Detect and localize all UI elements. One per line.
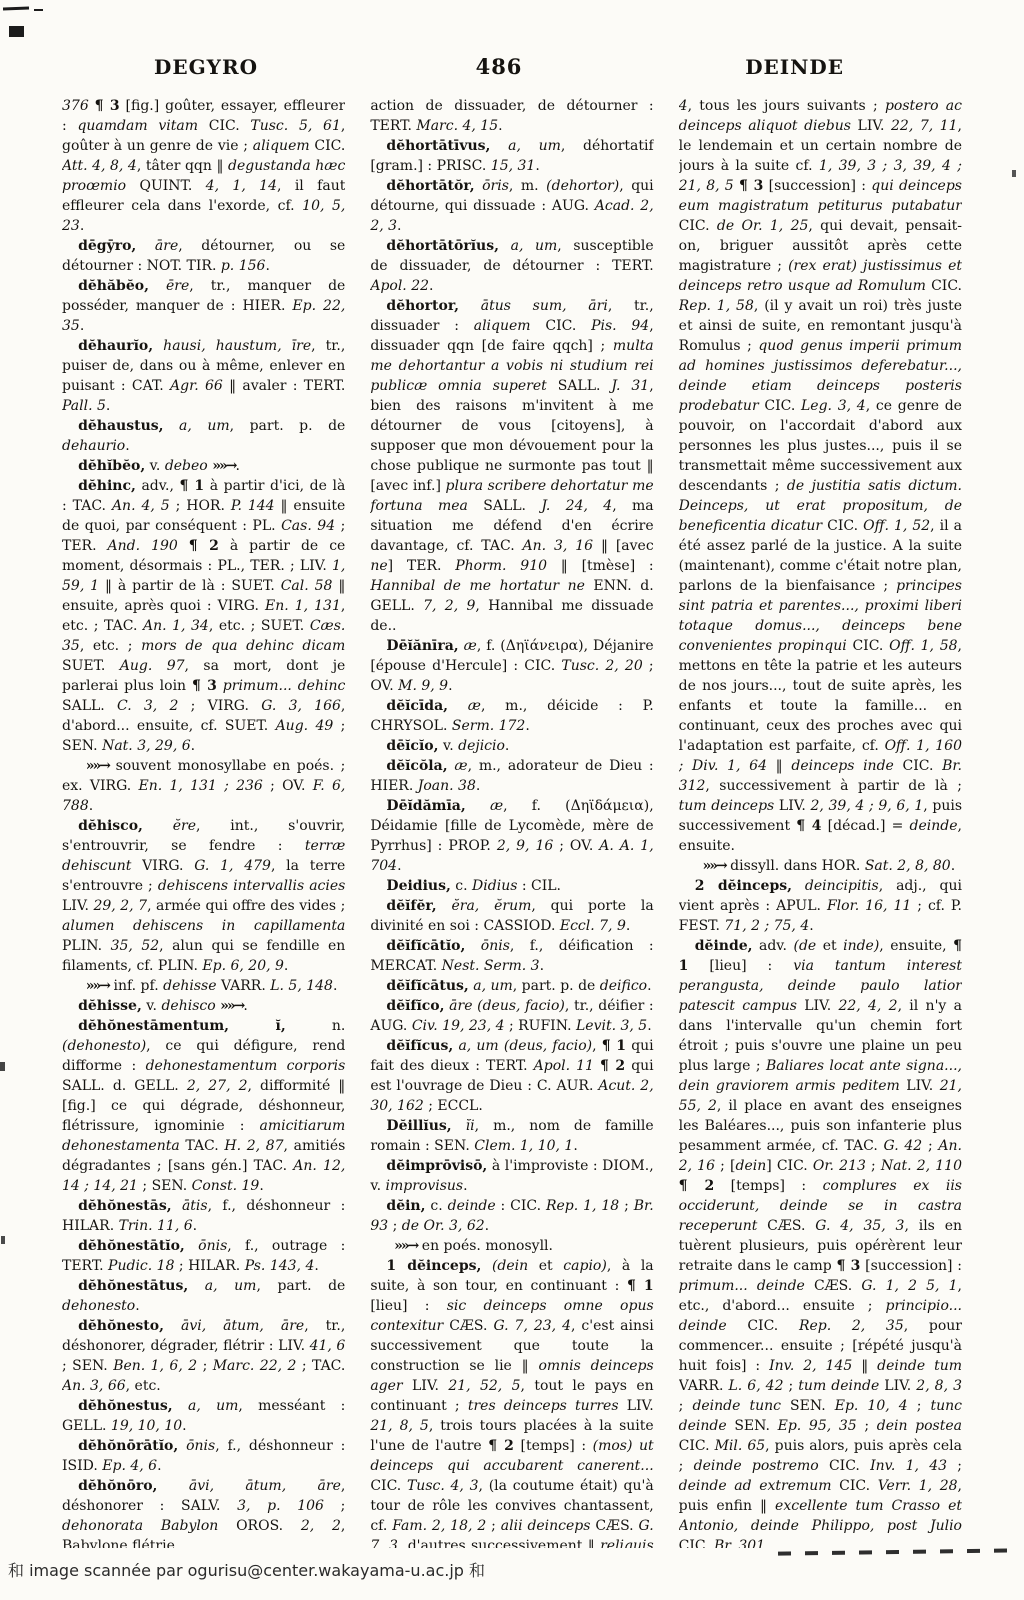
page-header: DEGYRO 486 DEINDE (62, 54, 962, 79)
remark-paragraph: »»→ inf. pf. dehisse VARR. L. 5, 148. (62, 976, 345, 996)
entry-paragraph: dĕhaustus, a, um, part. p. de dehaurio. (62, 416, 345, 456)
remark-paragraph: »»→ dissyll. dans HOR. Sat. 2, 8, 80. (679, 856, 962, 876)
entry-paragraph: Dĕillĭus, ĭi, m., nom de famille romain … (370, 1116, 653, 1156)
header-left-keyword: DEGYRO (62, 55, 384, 79)
column-1: 376 ¶ 3 [fig.] goûter, essayer, effleure… (62, 96, 345, 1548)
entry-paragraph: dĕhŏnestās, ātis, f., déshonneur : HILAR… (62, 1196, 345, 1236)
monosyllable-arrow-icon: »»→ (394, 1238, 417, 1254)
entry-paragraph: dĕhŏnestus, a, um, messéant : GELL. 19, … (62, 1396, 345, 1436)
entry-paragraph: dĕĭfĭcātus, a, um, part. p. de deifico. (370, 976, 653, 996)
entry-paragraph: 1 dĕinceps, (dein et capio), à la suite,… (370, 1256, 653, 1548)
entry-paragraph: action de dissuader, de détourner : TERT… (370, 96, 653, 136)
entry-paragraph: dĕhortātīvus, a, um, déhortatif [gram.] … (370, 136, 653, 176)
entry-paragraph: Dēĭdămīa, æ, f. (Δηϊδάμεια), Déidamie [f… (370, 796, 653, 876)
text-columns: 376 ¶ 3 [fig.] goûter, essayer, effleure… (62, 96, 962, 1548)
entry-paragraph: dĕhăbĕo, ēre, tr., manquer de posséder, … (62, 276, 345, 336)
page-number: 486 (384, 54, 614, 79)
entry-paragraph: 2 dĕinceps, deincipitis, adj., qui vient… (679, 876, 962, 936)
entry-paragraph: dĕhaurĭo, hausi, haustum, īre, tr., puis… (62, 336, 345, 416)
entry-paragraph: dĕin, c. deinde : CIC. Rep. 1, 18 ; Br. … (370, 1196, 653, 1236)
scan-artifact (1, 1236, 5, 1244)
entry-paragraph: 4, tous les jours suivants ; postero ac … (679, 96, 962, 856)
entry-paragraph: dĕhortor, ātus sum, āri, tr., dissuader … (370, 296, 653, 636)
column-2: action de dissuader, de détourner : TERT… (370, 96, 653, 1548)
entry-paragraph: dĕhortātŏr, ōris, m. (dehortor), qui dét… (370, 176, 653, 236)
monosyllable-arrow-icon: »»→ (702, 858, 725, 874)
entry-paragraph: dĕhŏnestātus, a, um, part. de dehonesto. (62, 1276, 345, 1316)
header-right-keyword: DEINDE (614, 55, 962, 79)
entry-paragraph: dĕhortātōrĭus, a, um, susceptible de dis… (370, 236, 653, 296)
entry-paragraph: dĕhŏnestāmentum, ĭ, n. (dehonesto), ce q… (62, 1016, 345, 1196)
monosyllable-arrow-icon: »»→ (212, 458, 235, 474)
scan-artifact (778, 1548, 1016, 1555)
entry-paragraph: dĕĭfĕr, ĕra, ĕrum, qui porte la divinité… (370, 896, 653, 936)
entry-paragraph: dĕhĭbĕo, v. debeo »»→. (62, 456, 345, 476)
entry-paragraph: Dēĭănīra, æ, f. (Δηϊάνειρα), Déjanire [é… (370, 636, 653, 696)
scan-artifact (0, 1062, 5, 1071)
entry-paragraph: dĕhŏnōro, āvi, ātum, āre, déshonorer : S… (62, 1476, 345, 1548)
monosyllable-arrow-icon: »»→ (220, 998, 243, 1014)
entry-paragraph: dĕinde, adv. (de et inde), ensuite, ¶ 1 … (679, 936, 962, 1548)
entry-paragraph: dĕhisco, ĕre, int., s'ouvrir, s'entrouvr… (62, 816, 345, 976)
scan-artifact (9, 26, 24, 37)
scan-artifact (34, 9, 43, 11)
entry-paragraph: dĕhŏnōrātĭo, ōnis, f., déshonneur : ISID… (62, 1436, 345, 1476)
monosyllable-arrow-icon: »»→ (86, 758, 109, 774)
dictionary-page: DEGYRO 486 DEINDE 376 ¶ 3 [fig.] goûter,… (0, 0, 1024, 1600)
entry-paragraph: dĕĭcīda, æ, m., déicide : P. CHRYSOL. Se… (370, 696, 653, 736)
remark-paragraph: »»→ souvent monosyllabe en poés. ; ex. V… (62, 756, 345, 816)
entry-paragraph: dĕhŏnesto, āvi, ātum, āre, tr., déshonor… (62, 1316, 345, 1396)
entry-paragraph: dĕĭfĭcātĭo, ōnis, f., déification : MERC… (370, 936, 653, 976)
scan-artifact (1012, 170, 1016, 177)
remark-paragraph: »»→ en poés. monosyll. (370, 1236, 653, 1256)
scanner-stamp: 和 image scannée par ogurisu@center.wakay… (8, 1558, 485, 1581)
entry-paragraph: dēĭcĭo, v. dejicio. (370, 736, 653, 756)
entry-paragraph: dĕhisse, v. dehisco »»→. (62, 996, 345, 1016)
entry-paragraph: dĕhinc, adv., ¶ 1 à partir d'ici, de là … (62, 476, 345, 756)
entry-paragraph: dēgȳro, āre, détourner, ou se détourner … (62, 236, 345, 276)
monosyllable-arrow-icon: »»→ (86, 978, 109, 994)
entry-paragraph: dĕĭfĭco, āre (deus, facio), tr., déifier… (370, 996, 653, 1036)
entry-paragraph: dĕĭcŏla, æ, m., adorateur de Dieu : HIER… (370, 756, 653, 796)
entry-paragraph: dĕimprōvisō, à l'improviste : DIOM., v. … (370, 1156, 653, 1196)
entry-paragraph: 376 ¶ 3 [fig.] goûter, essayer, effleure… (62, 96, 345, 236)
entry-paragraph: dĕĭfĭcus, a, um (deus, facio), ¶ 1 qui f… (370, 1036, 653, 1116)
scan-artifact (3, 7, 29, 11)
column-3: 4, tous les jours suivants ; postero ac … (679, 96, 962, 1548)
entry-paragraph: dĕhŏnestātĭo, ōnis, f., outrage : TERT. … (62, 1236, 345, 1276)
entry-paragraph: Deidius, c. Didius : CIL. (370, 876, 653, 896)
